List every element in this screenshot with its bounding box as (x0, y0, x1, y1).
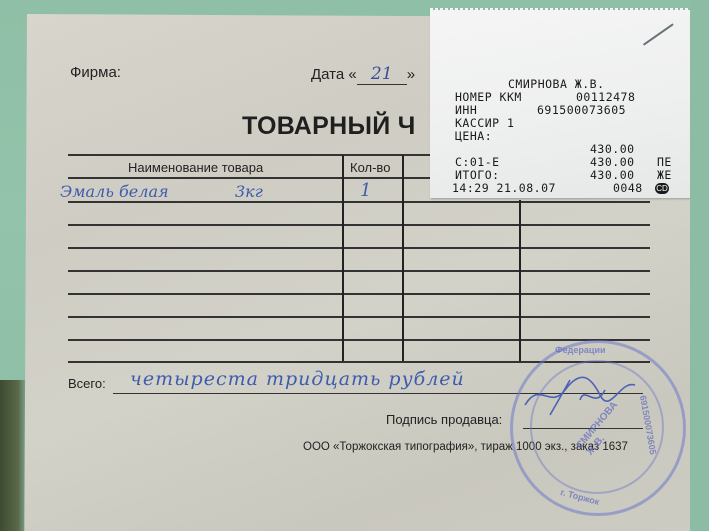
table-row-line (68, 316, 650, 318)
firma-label: Фирма: (70, 64, 121, 81)
table-row-line (68, 293, 650, 295)
receipt-total-label: ИТОГО: (455, 169, 500, 181)
date-day-value: 21 (357, 64, 407, 85)
receipt-seller: СМИРНОВА Ж.В. (508, 78, 605, 90)
receipt-section-suffix: ПЕ (657, 156, 672, 168)
receipt-total-value: 430.00 (590, 169, 635, 181)
receipt-price-value: 430.00 (590, 143, 635, 155)
table-row-line (68, 247, 650, 249)
receipt-inn-label: ИНН (455, 104, 477, 116)
row-item-unit: 3кг (235, 182, 263, 201)
date-close: » (407, 66, 415, 83)
total-label: Всего: (68, 376, 106, 391)
row-item-qty: 1 (360, 180, 371, 201)
header-item-name: Наименование товара (128, 160, 263, 175)
signature-label: Подпись продавца: (386, 412, 502, 427)
receipt-section-label: С:01-Е (455, 156, 500, 168)
table-row-line (68, 201, 650, 203)
header-quantity: Кол-во (350, 160, 390, 175)
date-field: Дата «21» (311, 64, 415, 85)
table-surface-dark-edge (0, 380, 26, 531)
date-label: Дата « (311, 66, 357, 83)
row-item-name: Эмаль белая (60, 182, 169, 201)
receipt-check-number: 0048 (613, 182, 643, 194)
table-row-line (68, 339, 650, 341)
receipt-inn-value: 691500073605 (537, 104, 626, 116)
table-col-divider (519, 200, 521, 361)
table-surface-right (690, 0, 709, 531)
table-col-divider (402, 155, 404, 361)
receipt-section-value: 430.00 (590, 156, 635, 168)
signature-scribble (520, 370, 640, 420)
receipt-total-suffix: ЖЕ (657, 169, 672, 181)
table-col-divider (342, 155, 344, 361)
table-row-line (68, 270, 650, 272)
receipt-cashier: КАССИР 1 (455, 117, 514, 129)
receipt-price-label: ЦЕНА: (455, 130, 492, 142)
receipt-kkm-value: 00112478 (576, 91, 635, 103)
document-title: ТОВАРНЫЙ Ч (242, 112, 416, 141)
fiscal-mode-icon: CD (655, 183, 669, 194)
receipt-kkm-label: НОМЕР ККМ (455, 91, 522, 103)
total-in-words: четыреста тридцать рублей (130, 368, 465, 390)
stamp-arc-text: Федерации (555, 345, 606, 355)
table-row-line (68, 224, 650, 226)
receipt-datetime: 14:29 21.08.07 (452, 182, 556, 194)
